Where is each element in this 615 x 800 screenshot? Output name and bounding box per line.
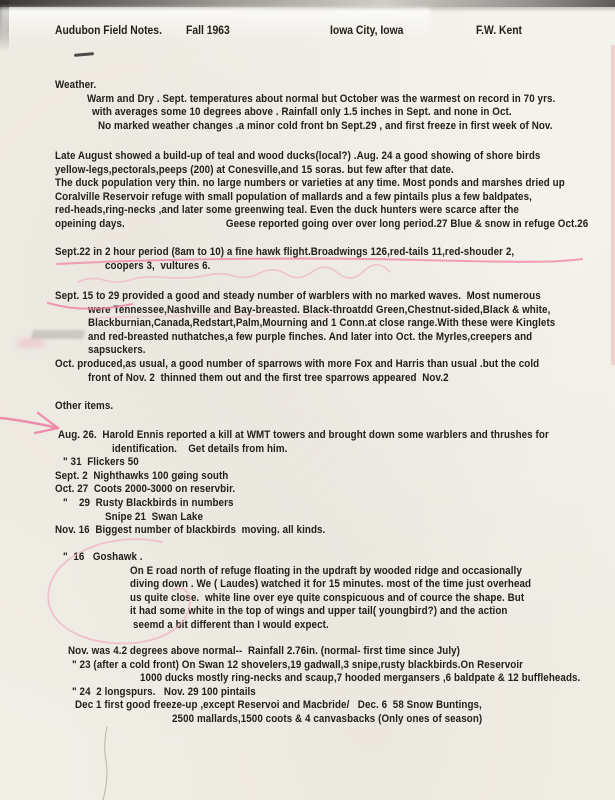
- paragraph-warblers: Sept. 15 to 29 provided a good and stead…: [55, 290, 613, 385]
- doc-line: " 16 Goshawk .: [63, 551, 524, 565]
- doc-line: diving down . We ( Laudes) watched it fo…: [130, 578, 531, 592]
- document-title: Audubon Field Notes.: [55, 25, 162, 37]
- pencil-dash-mark: [74, 52, 94, 56]
- doc-line: Nov. was 4.2 degrees above normal-- Rain…: [68, 645, 572, 659]
- doc-line: it had some white in the top of wings an…: [130, 605, 531, 619]
- doc-line: with averages some 10 degrees above . Ra…: [92, 106, 556, 120]
- paragraph-late-august: Late August showed a build-up of teal an…: [55, 150, 615, 232]
- doc-line: front of Nov. 2 thinned them out and the…: [88, 372, 555, 386]
- doc-line: Nov. 16 Biggest number of blackbirds mov…: [55, 524, 549, 538]
- doc-line: " 29 Rusty Blackbirds in numbers: [63, 497, 549, 511]
- doc-line: Oct. produced,as usual, a good number of…: [55, 358, 552, 372]
- doc-line: Coralville Reservoir refuge with small p…: [55, 191, 588, 205]
- paper-crease: [103, 727, 107, 800]
- doc-line: Snipe 21 Swan Lake: [105, 511, 554, 525]
- doc-line: were Tennessee,Nashville and Bay-breaste…: [88, 304, 555, 318]
- doc-line: and red-breasted nuthatches,a few purple…: [88, 331, 555, 345]
- doc-line: Warm and Dry . Sept. temperatures about …: [87, 93, 555, 107]
- doc-line: 2500 mallards,1500 coots & 4 canvasbacks…: [172, 713, 584, 727]
- doc-line: Dec 1 first good freeze-up ,except Reser…: [75, 699, 573, 713]
- pink-smudge: [16, 338, 46, 348]
- doc-line: Aug. 26. Harold Ennis reported a kill at…: [58, 429, 549, 443]
- paragraph-hawk-flight: Sept.22 in 2 hour period (8am to 10) a f…: [55, 246, 571, 273]
- doc-line: No marked weather changes .a minor cold …: [98, 120, 557, 134]
- scan-top-edge: [0, 0, 615, 7]
- doc-line: Sept. 15 to 29 provided a good and stead…: [55, 290, 552, 304]
- doc-line: sapsuckers.: [88, 344, 555, 358]
- doc-line: Other items.: [55, 400, 113, 414]
- doc-line: red-heads,ring-necks ,and later some gre…: [55, 204, 588, 218]
- document-location: Iowa City, Iowa: [330, 25, 403, 37]
- document-author: F.W. Kent: [476, 25, 522, 37]
- doc-line: identification. Get details from him.: [112, 443, 555, 457]
- doc-line: Late August showed a build-up of teal an…: [55, 150, 588, 164]
- paragraph-other-items: Other items.: [55, 400, 120, 414]
- doc-line: seemd a bit different than I would expec…: [133, 619, 531, 633]
- doc-line: Weather.: [55, 79, 552, 93]
- doc-line: " 24 2 longspurs. Nov. 29 100 pintails: [72, 686, 573, 700]
- paragraph-weather: Weather.Warm and Dry . Sept. temperature…: [55, 79, 613, 133]
- pen-arrow-aug26: [0, 413, 58, 433]
- doc-line: On E road north of refuge floating in th…: [130, 565, 531, 579]
- paragraph-goshawk: " 16 Goshawk .On E road north of refuge …: [55, 551, 581, 633]
- doc-line: 1000 ducks mostly ring-necks and scaup,7…: [140, 672, 580, 686]
- doc-line: Sept.22 in 2 hour period (8am to 10) a f…: [55, 246, 514, 260]
- doc-line: Oct. 27 Coots 2000-3000 on reservbir.: [55, 483, 549, 497]
- doc-line: yellow-legs,pectorals,peeps (200) at Con…: [55, 164, 588, 178]
- document-season: Fall 1963: [186, 25, 230, 37]
- doc-line: us quite close. white line over eye quit…: [130, 592, 531, 606]
- doc-line: " 23 (after a cold front) On Swan 12 sho…: [72, 659, 573, 673]
- paragraph-item-list: Aug. 26. Harold Ennis reported a kill at…: [55, 429, 610, 538]
- paragraph-november: Nov. was 4.2 degrees above normal-- Rain…: [55, 645, 615, 727]
- doc-line: The duck population very thin. no large …: [55, 177, 588, 191]
- scanned-document-page: Audubon Field Notes. Fall 1963 Iowa City…: [0, 0, 615, 800]
- doc-line: opeining days. Geese reported going over…: [55, 218, 588, 232]
- doc-line: " 31 Flickers 50: [63, 456, 549, 470]
- doc-line: Blackburnian,Canada,Redstart,Palm,Mourni…: [88, 317, 555, 331]
- doc-line: coopers 3, vultures 6.: [105, 260, 520, 274]
- doc-line: Sept. 2 Nighthawks 100 gøing south: [55, 470, 549, 484]
